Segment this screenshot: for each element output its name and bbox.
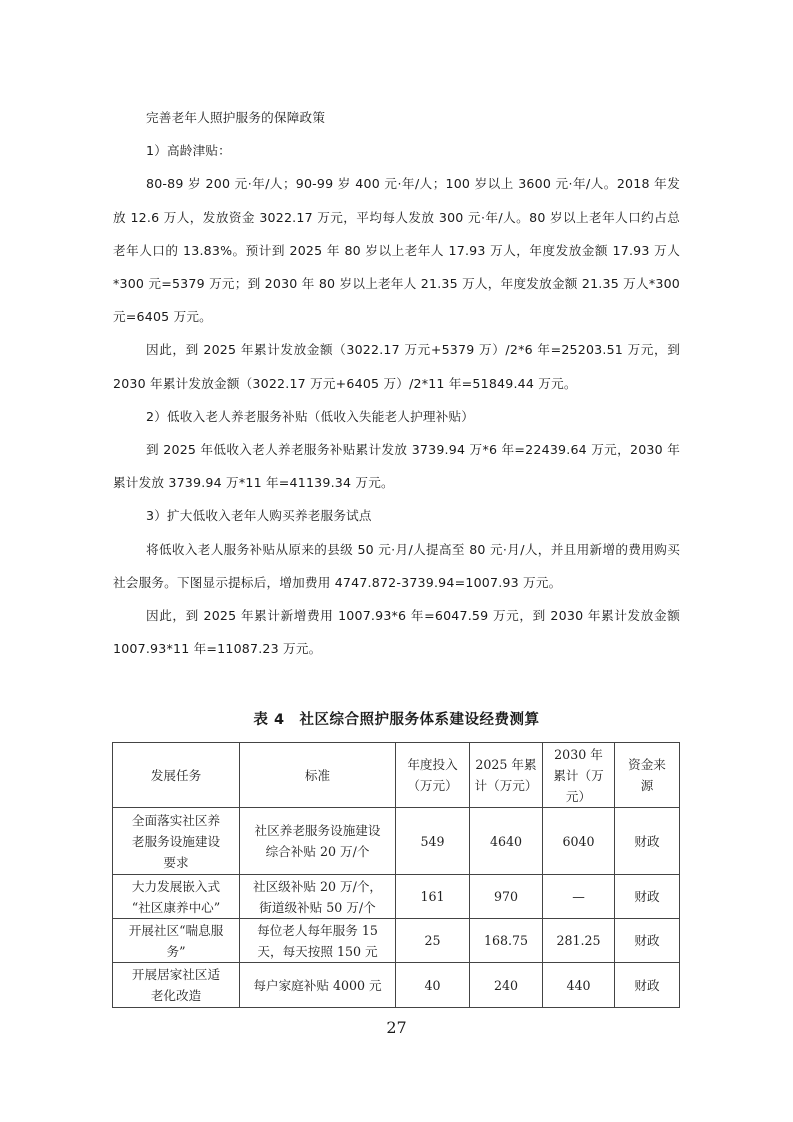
subheading-elderly-allowance: 1）高龄津贴： [113,134,680,167]
cell-source: 财政 [615,963,680,1008]
cell-source: 财政 [615,919,680,963]
cell-standard: 社区级补贴 20 万/个， 街道级补贴 50 万/个 [240,875,396,919]
table-row: 大力发展嵌入式 “社区康养中心” 社区级补贴 20 万/个， 街道级补贴 50 … [113,875,680,919]
cell-2030: — [543,875,615,919]
paragraph-allowance-details: 80-89 岁 200 元·年/人；90-99 岁 400 元·年/人；100 … [113,167,680,333]
document-page: 完善老年人照护服务的保障政策 1）高龄津贴： 80-89 岁 200 元·年/人… [0,0,793,1122]
cell-annual: 25 [396,919,470,963]
paragraph-low-income-subsidy: 到 2025 年低收入老人养老服务补贴累计发放 3739.94 万*6 年=22… [113,433,680,499]
subheading-low-income-subsidy: 2）低收入老人养老服务补贴（低收入失能老人护理补贴） [113,400,680,433]
cell-task: 开展居家社区适 老化改造 [113,963,240,1008]
cell-task: 全面落实社区养 老服务设施建设 要求 [113,808,240,875]
table-row: 全面落实社区养 老服务设施建设 要求 社区养老服务设施建设 综合补贴 20 万/… [113,808,680,875]
cell-2025: 168.75 [470,919,543,963]
table-row: 开展社区“喘息服 务” 每位老人每年服务 15 天，每天按照 150 元 25 … [113,919,680,963]
cell-standard: 每位老人每年服务 15 天，每天按照 150 元 [240,919,396,963]
cell-annual: 161 [396,875,470,919]
paragraph-allowance-cumulative: 因此，到 2025 年累计发放金额（3022.17 万元+5379 万）/2*6… [113,333,680,399]
header-task: 发展任务 [113,743,240,808]
cell-2030: 281.25 [543,919,615,963]
section-heading: 完善老年人照护服务的保障政策 [113,101,680,134]
paragraph-purchase-pilot: 将低收入老人服务补贴从原来的县级 50 元·月/人提高至 80 元·月/人，并且… [113,533,680,599]
cell-standard: 社区养老服务设施建设 综合补贴 20 万/个 [240,808,396,875]
cell-task: 开展社区“喘息服 务” [113,919,240,963]
cell-annual: 549 [396,808,470,875]
header-standard: 标准 [240,743,396,808]
cell-2025: 4640 [470,808,543,875]
cell-2025: 240 [470,963,543,1008]
cell-source: 财政 [615,875,680,919]
subheading-purchase-pilot: 3）扩大低收入老年人购买养老服务试点 [113,499,680,532]
cell-2025: 970 [470,875,543,919]
header-2030-cumulative: 2030 年 累计（万 元） [543,743,615,808]
cell-annual: 40 [396,963,470,1008]
header-2025-cumulative: 2025 年累 计（万元） [470,743,543,808]
table-header-row: 发展任务 标准 年度投入 （万元） 2025 年累 计（万元） 2030 年 累… [113,743,680,808]
table-caption: 表 4 社区综合照护服务体系建设经费测算 [0,708,793,729]
cell-standard: 每户家庭补贴 4000 元 [240,963,396,1008]
budget-table: 发展任务 标准 年度投入 （万元） 2025 年累 计（万元） 2030 年 累… [112,742,680,1008]
header-annual-investment: 年度投入 （万元） [396,743,470,808]
cell-2030: 6040 [543,808,615,875]
body-text: 完善老年人照护服务的保障政策 1）高龄津贴： 80-89 岁 200 元·年/人… [113,101,680,665]
header-funding-source: 资金来 源 [615,743,680,808]
table-row: 开展居家社区适 老化改造 每户家庭补贴 4000 元 40 240 440 财政 [113,963,680,1008]
cell-task: 大力发展嵌入式 “社区康养中心” [113,875,240,919]
page-number: 27 [0,1018,793,1037]
cell-2030: 440 [543,963,615,1008]
paragraph-purchase-cumulative: 因此，到 2025 年累计新增费用 1007.93*6 年=6047.59 万元… [113,599,680,665]
cell-source: 财政 [615,808,680,875]
